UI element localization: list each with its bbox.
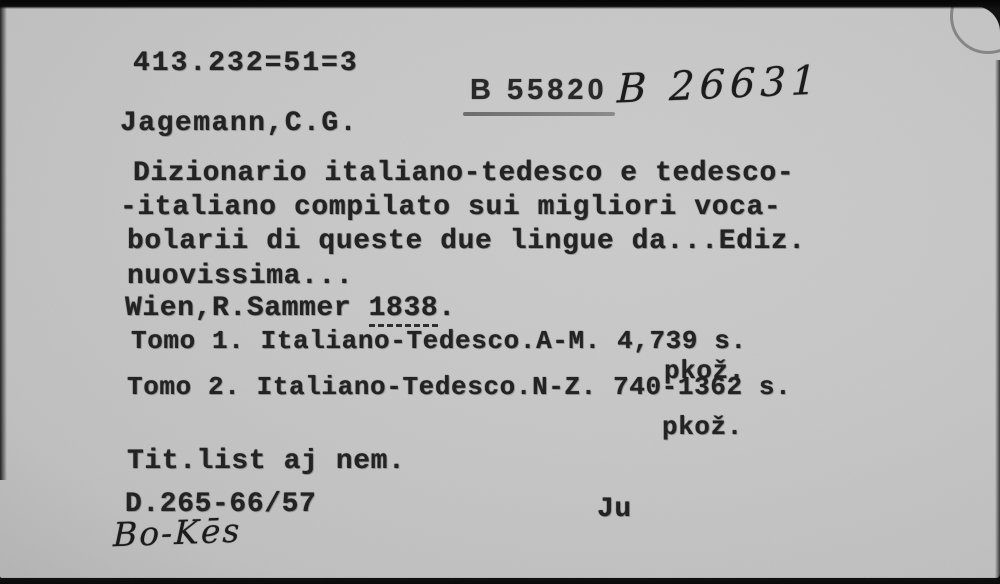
imprint-year: 1838 (369, 293, 439, 327)
accession-stamp-underline (463, 112, 615, 116)
author-heading: Jagemann,C.G. (120, 108, 358, 139)
imprint-line: Wien,R.Sammer 1838. (125, 293, 456, 324)
accession-stamp: B 55820 (470, 74, 608, 107)
volume2-binding-note: pkož. (662, 412, 743, 442)
handwritten-cataloguer-note: Bo-Kēs (113, 511, 242, 555)
volume1-line: Tomo 1. Italiano-Tedesco.A-M. 4,739 s. (131, 326, 747, 356)
handwritten-accession-number: B 26631 (616, 57, 821, 112)
title-line: nuovissima... (127, 261, 353, 292)
scanned-catalog-card: 413.232=51=3 B 55820 B 26631 Jagemann,C.… (0, 0, 1000, 584)
imprint-end: . (438, 293, 455, 324)
title-line: bolarii di queste due lingue da...Ediz. (127, 226, 806, 257)
title-line: -italiano compilato sui migliori voca- (120, 192, 781, 223)
volume2-line: Tomo 2. Italiano-Tedesco.N-Z. 740-1362 s… (127, 372, 791, 402)
title-line: Dizionario italiano-tedesco e tedesco- (133, 158, 794, 189)
imprint-place-publisher: Wien,R.Sammer (125, 293, 369, 324)
classification-number: 413.232=51=3 (133, 48, 359, 79)
title-page-note: Tit.list aj nem. (127, 446, 405, 477)
scan-bottom-edge (0, 577, 1000, 584)
cataloguer-initials: Ju (597, 494, 632, 525)
